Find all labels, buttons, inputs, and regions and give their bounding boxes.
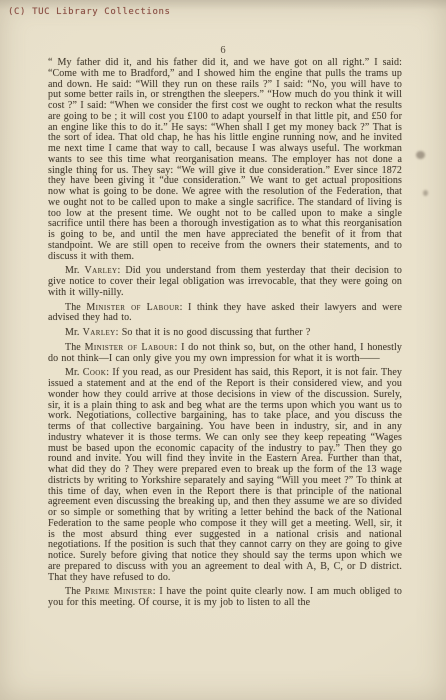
speaker-name: Minister of Labour: [85, 342, 175, 353]
copyright-stamp: (C) TUC Library Collections: [8, 7, 171, 17]
speaker-lead: Mr.: [65, 265, 85, 276]
scan-speck: [416, 151, 425, 159]
scan-speck: [423, 190, 428, 196]
speaker-name: Varley: [83, 327, 116, 338]
speaker-lead: The: [65, 342, 85, 353]
speaker-name: Minister of Labour: [86, 302, 179, 313]
paragraph-continuation: “ My father did it, and his father did i…: [48, 58, 402, 262]
speaker-name: Varley: [85, 265, 118, 276]
paragraph-minister-1: The Minister of Labour: I think they hav…: [48, 303, 402, 325]
page-number: 6: [0, 45, 446, 56]
speaker-lead: Mr.: [65, 367, 83, 378]
scanned-document-page: (C) TUC Library Collections 6 “ My fathe…: [0, 0, 446, 700]
speaker-lead: The: [65, 302, 86, 313]
speaker-lead: Mr.: [65, 327, 83, 338]
paragraph-body: “ My father did it, and his father did i…: [48, 57, 402, 262]
paragraph-minister-2: The Minister of Labour: I do not think s…: [48, 343, 402, 365]
paragraph-varley-1: Mr. Varley: Did you understand from them…: [48, 266, 402, 298]
paragraph-prime-minister: The Prime Minister: I have the point qui…: [48, 587, 402, 609]
paragraph-body: : If you read, as our President has said…: [48, 367, 402, 582]
paragraph-cook: Mr. Cook: If you read, as our President …: [48, 368, 402, 583]
paragraph-varley-2: Mr. Varley: So that it is no good discus…: [48, 328, 402, 339]
speaker-name: Cook: [83, 367, 106, 378]
speaker-name: Prime Minister: [85, 586, 153, 597]
speaker-lead: The: [65, 586, 85, 597]
transcript-text: “ My father did it, and his father did i…: [48, 58, 402, 609]
paragraph-body: : So that it is no good discussing that …: [116, 327, 311, 338]
